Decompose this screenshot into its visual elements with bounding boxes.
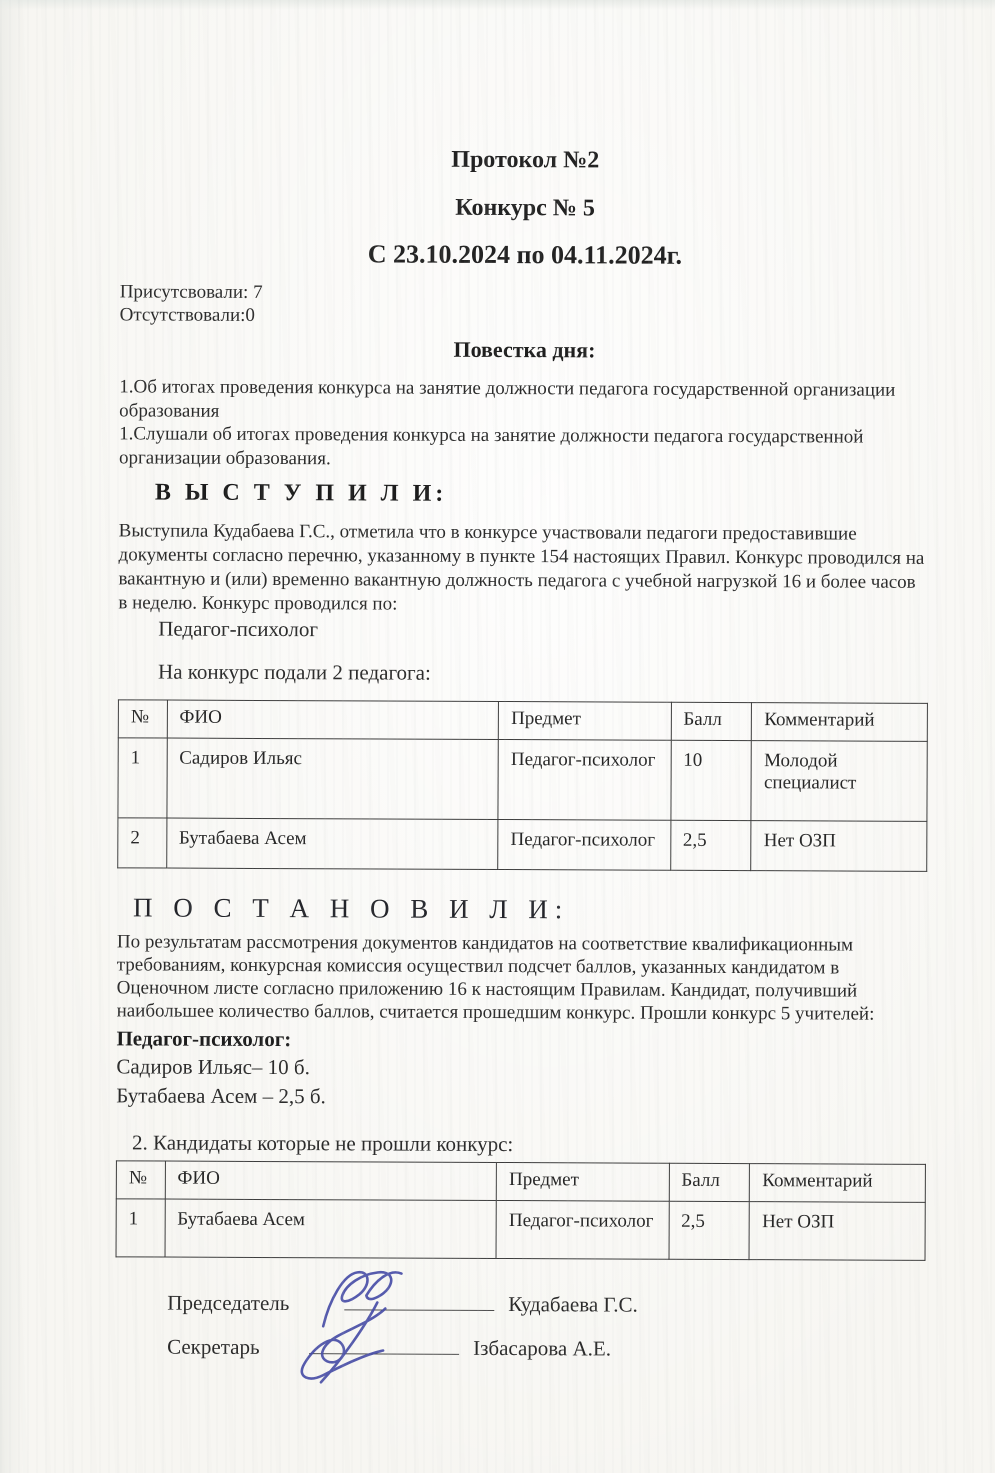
table-cell: 10 — [670, 740, 751, 820]
table-cell: Нет ОЗП — [749, 1202, 925, 1261]
agenda-item: 1.Об итогах проведения конкурса на занят… — [119, 375, 929, 426]
scanned-protocol-document: Протокол №2 Конкурс № 5 С 23.10.2024 по … — [0, 0, 995, 1473]
table-header-cell: Балл — [671, 702, 752, 740]
table-header-cell: № — [116, 1161, 165, 1199]
signatures-block: Председатель Кудабаева Г.С. Секретарь Із… — [115, 1287, 925, 1379]
absent-count: Отсутствовали:0 — [120, 303, 930, 330]
signature-row: Секретарь Ізбасарова А.Е. — [167, 1332, 925, 1379]
resolution-paragraph: По результатам рассмотрения документов к… — [117, 930, 927, 1026]
subject-results-heading: Педагог-психолог: — [116, 1024, 926, 1056]
table-header-cell: Комментарий — [752, 703, 928, 742]
table-header-row: № ФИО Предмет Балл Комментарий — [116, 1161, 925, 1203]
table-cell: Педагог-психолог — [496, 1201, 669, 1260]
table-cell: Педагог-психолог — [498, 820, 671, 871]
table-cell: Нет ОЗП — [751, 821, 927, 872]
table-row: 1 Садиров Ильяс Педагог-психолог 10 Моло… — [118, 738, 927, 822]
date-range: С 23.10.2024 по 04.11.2024г. — [120, 238, 930, 272]
table-header-row: № ФИО Предмет Балл Комментарий — [118, 700, 927, 742]
table-cell: 1 — [116, 1199, 165, 1257]
signature-name: Кудабаева Г.С. — [508, 1292, 638, 1318]
table-row: 2 Бутабаева Асем Педагог-психолог 2,5 Не… — [118, 818, 927, 872]
attendance-block: Присутсвовали: 7 Отсутствовали:0 — [120, 280, 930, 330]
signature-line — [344, 1288, 494, 1311]
signature-row: Председатель Кудабаева Г.С. — [167, 1288, 925, 1335]
agenda-list: 1.Об итогах проведения конкурса на занят… — [119, 375, 929, 473]
table-cell: Бутабаева Асем — [166, 818, 498, 869]
signature-line — [309, 1332, 459, 1355]
agenda-heading: Повестка дня: — [119, 334, 929, 365]
failed-candidates-heading: 2. Кандидаты которые не прошли конкурс: — [116, 1128, 926, 1160]
table-cell: 1 — [118, 738, 167, 818]
failed-candidates-table: № ФИО Предмет Балл Комментарий 1 Бутабае… — [116, 1160, 926, 1261]
subject-line: Педагог-психолог — [118, 615, 928, 646]
table-cell: 2,5 — [670, 820, 751, 870]
document-title: Протокол №2 — [120, 144, 930, 176]
speakers-paragraph: Выступила Кудабаева Г.С., отметила что в… — [118, 519, 928, 619]
result-line: Бутабаева Асем – 2,5 б. — [116, 1081, 926, 1114]
candidates-table: № ФИО Предмет Балл Комментарий 1 Садиров… — [117, 699, 928, 872]
table-header-cell: Предмет — [496, 1163, 668, 1202]
table-header-cell: ФИО — [167, 700, 499, 739]
table-cell: Педагог-психолог — [498, 740, 671, 821]
table-cell: Бутабаева Асем — [165, 1199, 497, 1258]
table-cell: 2,5 — [669, 1201, 750, 1259]
document-content: Протокол №2 Конкурс № 5 С 23.10.2024 по … — [0, 0, 995, 1379]
table-header-cell: Комментарий — [750, 1164, 926, 1203]
table-header-cell: № — [118, 700, 167, 738]
resolution-heading: П О С Т А Н О В И Л И: — [117, 890, 927, 928]
table-header-cell: ФИО — [165, 1161, 497, 1200]
speakers-heading: В Ы С Т У П И Л И: — [119, 477, 929, 511]
signature-role: Секретарь — [167, 1335, 307, 1361]
signature-name: Ізбасарова А.Е. — [473, 1336, 611, 1362]
table-header-cell: Балл — [669, 1163, 750, 1201]
table-cell: Молодой специалист — [751, 741, 927, 822]
table-header-cell: Предмет — [498, 702, 670, 741]
table-cell: Садиров Ильяс — [166, 738, 498, 819]
competition-subtitle: Конкурс № 5 — [120, 192, 930, 224]
applicants-line: На конкурс подали 2 педагога: — [118, 658, 928, 689]
result-line: Садиров Ильяс– 10 б. — [116, 1052, 926, 1085]
table-row: 1 Бутабаева Асем Педагог-психолог 2,5 Не… — [116, 1199, 925, 1261]
table-cell: 2 — [118, 818, 167, 868]
signature-role: Председатель — [167, 1291, 342, 1317]
agenda-item: 1.Слушали об итогах проведения конкурса … — [119, 422, 929, 473]
